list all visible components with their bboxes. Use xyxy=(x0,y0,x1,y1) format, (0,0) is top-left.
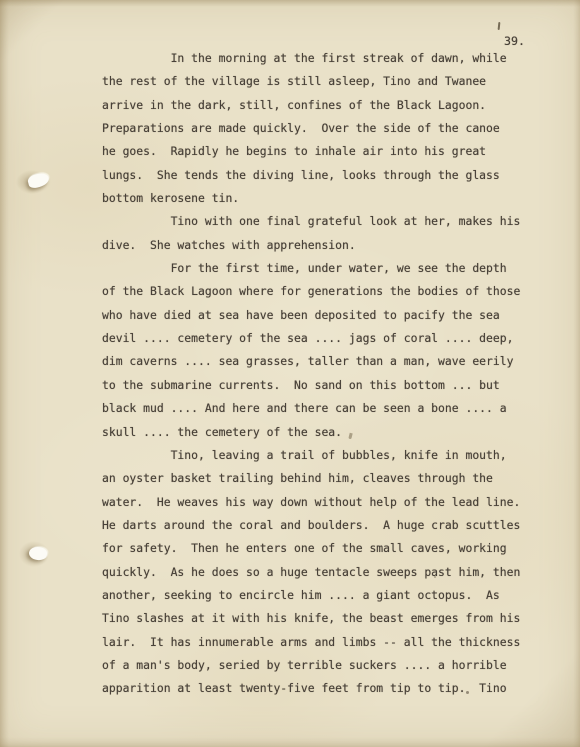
typescript-line: skull .... the cemetery of the sea. xyxy=(102,421,520,444)
typescript-line: apparition at least twenty-five feet fro… xyxy=(102,677,520,700)
typescript-line: for safety. Then he enters one of the sm… xyxy=(102,537,520,560)
typescript-line: of the Black Lagoon where for generation… xyxy=(102,280,520,303)
typescript-line: He darts around the coral and boulders. … xyxy=(102,514,520,537)
punch-hole-top xyxy=(20,168,56,198)
typescript-line: lair. It has innumerable arms and limbs … xyxy=(102,631,520,654)
typescript-line: In the morning at the first streak of da… xyxy=(102,47,520,70)
typescript-line: he goes. Rapidly he begins to inhale air… xyxy=(102,140,520,163)
typescript-line: dive. She watches with apprehension. xyxy=(102,234,520,257)
punch-hole-bottom xyxy=(22,538,56,570)
typescript-line: quickly. As he does so a huge tentacle s… xyxy=(102,561,520,584)
typescript-line: arrive in the dark, still, confines of t… xyxy=(102,94,520,117)
typescript-line: the rest of the village is still asleep,… xyxy=(102,70,520,93)
typescript-line: devil .... cemetery of the sea .... jags… xyxy=(102,327,520,350)
typescript-line: For the first time, under water, we see … xyxy=(102,257,520,280)
typescript-body: In the morning at the first streak of da… xyxy=(102,47,520,701)
page-number: 39. xyxy=(504,34,525,48)
typescript-line: dim caverns .... sea grasses, taller tha… xyxy=(102,350,520,373)
typescript-line: another, seeking to encircle him .... a … xyxy=(102,584,520,607)
typescript-line: Tino slashes at it with his knife, the b… xyxy=(102,607,520,630)
typescript-line: bottom kerosene tin. xyxy=(102,187,520,210)
manuscript-page: 39. In the morning at the first streak o… xyxy=(0,0,580,747)
typescript-line: water. He weaves his way down without he… xyxy=(102,491,520,514)
typescript-line: lungs. She tends the diving line, looks … xyxy=(102,164,520,187)
typescript-line: an oyster basket trailing behind him, cl… xyxy=(102,467,520,490)
typescript-line: to the submarine currents. No sand on th… xyxy=(102,374,520,397)
typescript-line: Tino with one final grateful look at her… xyxy=(102,210,520,233)
typescript-line: black mud .... And here and there can be… xyxy=(102,397,520,420)
typescript-line: Tino, leaving a trail of bubbles, knife … xyxy=(102,444,520,467)
typescript-line: of a man's body, seried by terrible suck… xyxy=(102,654,520,677)
typescript-line: Preparations are made quickly. Over the … xyxy=(102,117,520,140)
typescript-line: who have died at sea have been deposited… xyxy=(102,304,520,327)
